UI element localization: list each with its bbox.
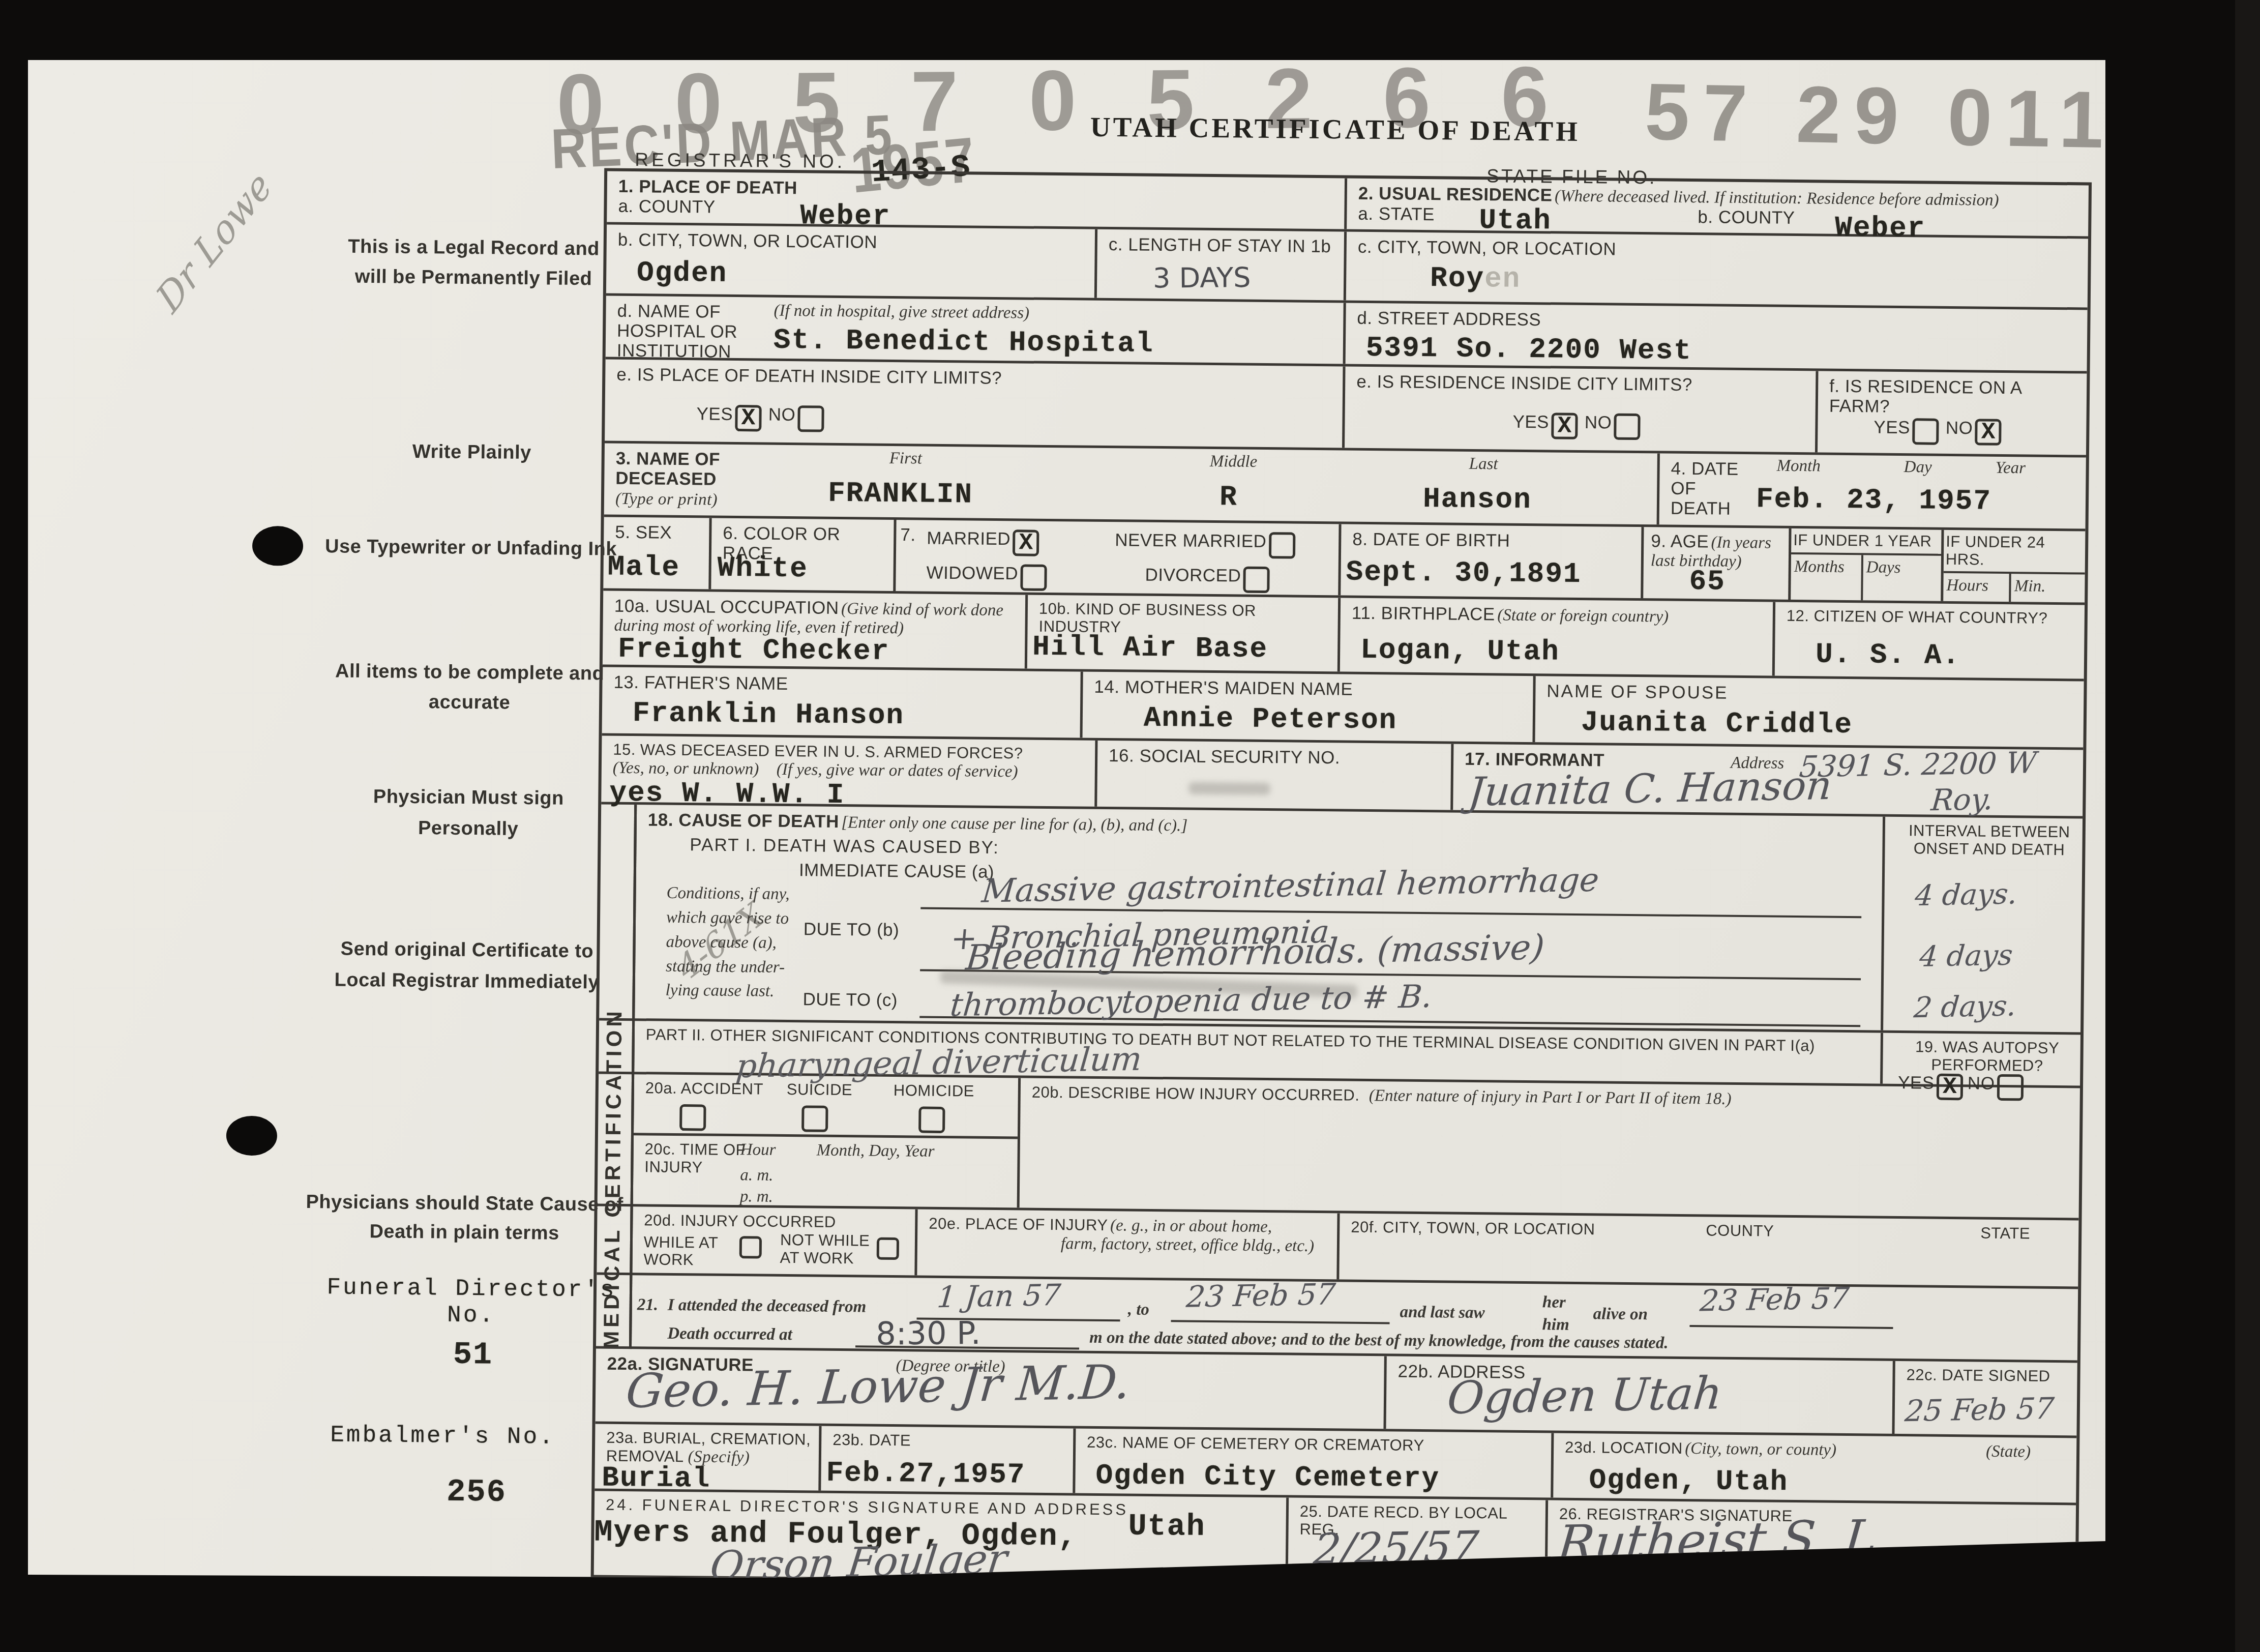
hint-23d: (City, town, or county): [1685, 1439, 1836, 1459]
label-9-months: Months: [1791, 554, 1863, 601]
label-1c-length-of-stay: c. LENGTH OF STAY IN 1b: [1109, 234, 1331, 256]
label-18-immediate-cause: IMMEDIATE CAUSE (a): [799, 860, 995, 882]
checkbox-7-never-married: [1269, 532, 1295, 558]
state-file-number-stamp: 57 29 0118: [1644, 66, 2176, 168]
label-19-yes: YES: [1898, 1073, 1935, 1093]
value-11-birthplace: Logan, Utah: [1360, 634, 1560, 668]
field-22a-signature: 22a. SIGNATURE (Degree or title) Geo. H.…: [596, 1348, 1387, 1429]
label-9-hours: Hours: [1943, 573, 2011, 602]
label-19-no: NO: [1968, 1073, 1995, 1094]
row-city-location: b. CITY, TOWN, OR LOCATION Ogden c. LENG…: [606, 225, 2088, 310]
value-10a-occupation: Freight Checker: [618, 633, 890, 668]
label-4-day: Day: [1904, 458, 1932, 477]
value-23b-date: Feb.27,1957: [826, 1457, 1025, 1491]
label-20c-am: a. m.: [740, 1166, 773, 1185]
label-20d-while: WHILE ATWORK: [643, 1233, 718, 1270]
checkbox-1e-yes: X: [735, 405, 761, 431]
margin-note-plain-terms: Physicians should State Cause of Death i…: [302, 1188, 628, 1249]
field-2c-city: c. CITY, TOWN, OR LOCATION Royen: [1346, 232, 2088, 308]
value-8-date-of-birth: Sept. 30,1891: [1346, 556, 1581, 591]
film-border-top: [0, 0, 2260, 60]
label-4-date-of-death: 4. DATEOFDEATH: [1671, 459, 1739, 519]
value-1c-length-of-stay: 3 DAYS: [1153, 261, 1251, 294]
checkgroup-1e: YES X NO: [696, 404, 824, 432]
value-18b-interval: 4 days: [1918, 939, 2014, 973]
label-21-number: 21.: [637, 1295, 659, 1314]
label-10b-industry: 10b. KIND OF BUSINESS OR INDUSTRY: [1038, 600, 1256, 636]
label-23b: 23b. DATE: [832, 1431, 911, 1449]
field-9-age-years: 9. AGE (In years last birthday) 65: [1643, 527, 1791, 600]
label-23c: 23c. NAME OF CEMETERY OR CREMATORY: [1087, 1433, 1424, 1454]
field-20a: 20a. ACCIDENT SUICIDE HOMICIDE: [634, 1074, 1018, 1139]
field-19-autopsy: 19. WAS AUTOPSYPERFORMED? YES X NO: [1883, 1033, 2080, 1086]
row-21-attendance: 21. I attended the deceased from 1 Jan 5…: [596, 1275, 2078, 1363]
value-21-from: 1 Jan 57: [936, 1278, 1062, 1315]
label-11-birthplace: 11. BIRTHPLACE: [1352, 603, 1495, 625]
label-18-due-to-b: DUE TO (b): [804, 919, 900, 940]
field-20f: 20f. CITY, TOWN, OR LOCATION COUNTY STAT…: [1339, 1213, 2078, 1286]
label-20d-notwhile: NOT WHILEAT WORK: [780, 1231, 870, 1267]
label-3-last: Last: [1469, 455, 1498, 474]
field-23a-burial: 23a. BURIAL, CREMATION,REMOVAL (Specify)…: [594, 1424, 821, 1490]
field-5-sex: 5. SEX Male: [603, 517, 711, 589]
check-7-married: MARRIED X: [927, 528, 1039, 556]
field-10a-occupation: 10a. USUAL OCCUPATION (Give kind of work…: [603, 591, 1028, 669]
label-4-year: Year: [1996, 459, 2026, 478]
hint-20e-1: (e. g., in or about home,: [1110, 1216, 1272, 1236]
funeral-director-signature: Orson Foulger: [708, 1535, 1010, 1590]
med-strip-spacer-21: [596, 1275, 632, 1346]
checkbox-20a-accident: [679, 1104, 706, 1131]
label-22c: 22c. DATE SIGNED: [1906, 1366, 2050, 1385]
label-18-interval: INTERVAL BETWEENONSET AND DEATH: [1896, 822, 2083, 859]
label-2-usual-residence: 2. USUAL RESIDENCE: [1358, 184, 1553, 205]
ssn-smudge: [1188, 782, 1270, 795]
value-2c-city-ghost: en: [1484, 262, 1521, 296]
label-1d-hospital: d. NAME OFHOSPITAL ORINSTITUTION: [617, 301, 738, 362]
field-20d: 20d. INJURY OCCURRED WHILE ATWORK NOT WH…: [632, 1206, 917, 1275]
label-20f-state: STATE: [1980, 1225, 2030, 1243]
checkbox-2e-no: [1614, 413, 1640, 439]
label-23d: 23d. LOCATION: [1565, 1438, 1683, 1457]
row-20-injury-top: 20a. ACCIDENT SUICIDE HOMICIDE 20c. TIME…: [598, 1074, 2080, 1220]
field-20c: 20c. TIME OFINJURY Hour a. m. p. m. Mont…: [633, 1135, 1018, 1207]
funeral-directors-no-value: 51: [453, 1337, 493, 1373]
med-strip-spacer-18: [599, 805, 637, 1019]
value-22b-address: Ogden Utah: [1445, 1367, 1724, 1424]
value-2c-city-roy: Roy: [1430, 262, 1484, 295]
label-7-divorced: DIVORCED: [1145, 565, 1241, 586]
field-1d-hospital: d. NAME OFHOSPITAL ORINSTITUTION (If not…: [606, 296, 1346, 364]
label-9-min: Min.: [2011, 574, 2085, 603]
field-17-informant: 17. INFORMANT Address Juanita C. Hanson …: [1453, 744, 2083, 816]
document-paper: 0 0 5 7 0 5 2 6 6 REC'D MAR 5 1957 REGIS…: [28, 51, 2105, 1583]
row-22-signature: 22a. SIGNATURE (Degree or title) Geo. H.…: [596, 1348, 2077, 1438]
value-21-time: 8:30 P.: [876, 1314, 981, 1352]
row-18-cause-of-death: 18. CAUSE OF DEATH [Enter only one cause…: [599, 805, 2083, 1035]
field-23b-date: 23b. DATE Feb.27,1957: [821, 1426, 1076, 1493]
row-sex-race-marital-birth-age: 5. SEX Male 6. COLOR OR RACE White 7. MA…: [603, 517, 2085, 605]
label-2c-city: c. CITY, TOWN, OR LOCATION: [1358, 237, 1617, 259]
field-6-color-race: 6. COLOR OR RACE White: [711, 518, 896, 591]
value-22c-date-signed: 25 Feb 57: [1904, 1391, 2056, 1428]
checkbox-7-divorced: [1243, 566, 1269, 593]
document-content: 0 0 5 7 0 5 2 6 6 REC'D MAR 5 1957 REGIS…: [13, 51, 2105, 1603]
label-20c-pm: p. m.: [740, 1187, 773, 1206]
label-21-death-occurred: Death occurred at: [667, 1324, 792, 1344]
checkbox-20a-homicide: [918, 1107, 945, 1133]
field-4-date-of-death: 4. DATEOFDEATH Month Day Year Feb. 23, 1…: [1659, 453, 2086, 528]
label-21-alive-on: alive on: [1593, 1305, 1648, 1324]
med-strip-spacer-20d: [597, 1206, 633, 1273]
label-7-widowed: WIDOWED: [926, 563, 1018, 584]
value-17-address1: 5391 S. 2200 W: [1798, 745, 2038, 784]
field-22b-address: 22b. ADDRESS Ogden Utah: [1386, 1356, 1895, 1434]
checkbox-7-married: X: [1013, 529, 1039, 556]
label-18-due-to-c: DUE TO (c): [802, 989, 898, 1010]
film-edge-right: [2235, 0, 2260, 1652]
field-15-armed-forces: 15. WAS DECEASED EVER IN U. S. ARMED FOR…: [601, 736, 1097, 807]
field-26-registrar-signature: 26. REGISTRAR'S SIGNATURE Rutheist S. L.: [1548, 1500, 2076, 1589]
field-2d-street-address: d. STREET ADDRESS 5391 So. 2200 West: [1346, 303, 2088, 371]
field-8-date-of-birth: 8. DATE OF BIRTH Sept. 30,1891: [1341, 524, 1644, 598]
line-18a: [920, 907, 1861, 919]
field-9-under-24-hrs: IF UNDER 24 HRS. Hours Min.: [1943, 530, 2085, 603]
label-2b-county: b. COUNTY: [1698, 207, 1795, 228]
label-20e: 20e. PLACE OF INJURY: [929, 1215, 1108, 1234]
label-19-autopsy: 19. WAS AUTOPSYPERFORMED?: [1894, 1038, 2080, 1075]
label-2f-yes: YES: [1874, 417, 1910, 437]
label-8-date-of-birth: 8. DATE OF BIRTH: [1352, 529, 1510, 551]
pencil-note-dr-lowe: Dr Lowe: [148, 163, 280, 322]
value-5-sex: Male: [607, 551, 680, 584]
field-23c-cemetery: 23c. NAME OF CEMETERY OR CREMATORY Ogden…: [1075, 1429, 1554, 1498]
value-2c-city: Royen: [1430, 262, 1521, 296]
label-20f-county: COUNTY: [1706, 1222, 1774, 1240]
funeral-directors-no-label: Funeral Director's No.: [313, 1274, 629, 1330]
value-spouse: Juanita Criddle: [1581, 706, 1853, 741]
row-occupation-birthplace: 10a. USUAL OCCUPATION (Give kind of work…: [603, 591, 2085, 682]
checkgroup-2e: YES X NO: [1512, 412, 1641, 440]
value-10b-industry: Hill Air Base: [1032, 631, 1268, 665]
value-6-color-race: White: [717, 552, 808, 585]
label-9-under-1-year: IF UNDER 1 YEAR: [1791, 528, 1941, 556]
checkbox-2f-yes: [1912, 418, 1939, 445]
label-23a: 23a. BURIAL, CREMATION,REMOVAL (Specify): [606, 1429, 811, 1466]
value-1d-hospital: St. Benedict Hospital: [774, 324, 1154, 360]
label-21-her: her: [1542, 1293, 1566, 1312]
hint-1d-hospital: (If not in hospital, give street address…: [774, 302, 1029, 323]
label-1e-city-limits: e. IS PLACE OF DEATH INSIDE CITY LIMITS?: [616, 365, 1002, 388]
med-strip-spacer-20: [598, 1074, 634, 1204]
checkbox-20a-suicide: [801, 1105, 828, 1132]
label-2e-yes: YES: [1512, 412, 1549, 432]
value-21-alive: 23 Feb 57: [1699, 1281, 1851, 1318]
field-2f-farm: f. IS RESIDENCE ON A FARM? YES NO X: [1818, 371, 2087, 455]
certificate-title: UTAH CERTIFICATE OF DEATH: [1090, 111, 1580, 147]
checkgroup-19: YES X NO: [1898, 1073, 2024, 1101]
margin-note-write-plainly: Write Plainly: [330, 440, 614, 464]
med-strip-spacer-part2: [599, 1020, 635, 1072]
label-1a-county: a. COUNTY: [618, 196, 716, 217]
hint-18-cause: [Enter only one cause per line for (a), …: [841, 813, 1187, 835]
hint-2-usual-residence: (Where deceased lived. If institution: R…: [1555, 187, 1999, 209]
label-20c-time-of-injury: 20c. TIME OFINJURY: [644, 1140, 746, 1176]
check-7-widowed: WIDOWED: [926, 563, 1047, 591]
field-16-ssn: 16. SOCIAL SECURITY NO.: [1097, 741, 1453, 810]
value-18c-interval: 2 days.: [1913, 989, 2017, 1024]
label-10a-occupation: 10a. USUAL OCCUPATION: [614, 596, 839, 618]
value-3-middle: R: [1220, 481, 1238, 513]
value-26-registrar-signature: Rutheist S. L.: [1556, 1509, 1895, 1572]
margin-note-physician-sign: Physician Must sign Personally: [325, 781, 611, 845]
label-14-mother: 14. MOTHER'S MAIDEN NAME: [1094, 677, 1353, 699]
field-9-age: 9. AGE (In years last birthday) 65 IF UN…: [1643, 527, 2085, 602]
value-14-mother: Annie Peterson: [1144, 702, 1397, 737]
line-21-to: [1171, 1320, 1389, 1324]
label-18-part1: PART I. DEATH WAS CAUSED BY:: [690, 835, 999, 858]
check-7-divorced: DIVORCED: [1145, 565, 1270, 593]
field-18-cause: 18. CAUSE OF DEATH [Enter only one cause…: [635, 805, 1885, 1030]
value-23d-location: Ogden, Utah: [1589, 1464, 1788, 1498]
value-23c-cemetery: Ogden City Cemetery: [1095, 1459, 1440, 1495]
label-18-cause: 18. CAUSE OF DEATH: [648, 810, 839, 832]
punch-hole-top: [252, 526, 304, 566]
label-9-age: 9. AGE: [1651, 531, 1709, 551]
value-24-line2: Utah: [1128, 1510, 1206, 1545]
label-2a-state: a. STATE: [1358, 204, 1435, 224]
field-3-name-of-deceased: 3. NAME OFDECEASED(Type or print) First …: [604, 444, 1660, 525]
value-2a-state: Utah: [1479, 204, 1552, 237]
certificate-form: MEDICAL CERTIFICATION 1. PLACE OF DEATH …: [591, 168, 2092, 1592]
label-2d-street-address: d. STREET ADDRESS: [1357, 308, 1541, 330]
label-9-under-24-hrs: IF UNDER 24 HRS.: [1944, 530, 2086, 575]
label-24: 24. FUNERAL DIRECTOR'S SIGNATURE AND ADD…: [606, 1496, 1128, 1519]
field-7-marital-status: 7. MARRIED X NEVER MARRIED WIDOWED DIVOR…: [896, 520, 1341, 595]
label-21-to: , to: [1128, 1300, 1150, 1319]
field-21: 21. I attended the deceased from 1 Jan 5…: [632, 1275, 2078, 1360]
label-21-last-saw: and last saw: [1400, 1303, 1485, 1323]
label-7-never-married: NEVER MARRIED: [1115, 530, 1267, 551]
field-9-under-1-year: IF UNDER 1 YEAR Months Days: [1791, 528, 1944, 601]
value-18a-line1: Massive gastrointestinal hemorrhage: [980, 861, 1600, 910]
label-20f: 20f. CITY, TOWN, OR LOCATION: [1351, 1218, 1595, 1238]
label-16-ssn: 16. SOCIAL SECURITY NO.: [1109, 746, 1340, 768]
field-25-date-received: 25. DATE RECD. BY LOCAL REG. 2/25/57: [1288, 1498, 1549, 1584]
field-10b-industry: 10b. KIND OF BUSINESS OR INDUSTRY Hill A…: [1027, 595, 1341, 672]
field-23d-location: 23d. LOCATION (City, town, or county) (S…: [1553, 1433, 2076, 1503]
label-3-name: 3. NAME OFDECEASED(Type or print): [615, 449, 720, 509]
checkbox-2e-yes: X: [1551, 412, 1578, 439]
field-11-birthplace: 11. BIRTHPLACE (State or foreign country…: [1340, 598, 1775, 675]
label-1-place-of-death: 1. PLACE OF DEATH: [618, 176, 797, 198]
label-21-him: him: [1542, 1315, 1569, 1335]
hint-23d-state: (State): [1986, 1442, 2031, 1462]
hint-11-birthplace: (State or foreign country): [1497, 606, 1669, 626]
checkbox-20d-while: [739, 1236, 762, 1258]
embalmers-no-value: 256: [447, 1474, 507, 1511]
value-22a-signature: Geo. H. Lowe Jr M.D.: [624, 1355, 1133, 1419]
value-18a-interval: 4 days.: [1914, 877, 2018, 912]
label-5-sex: 5. SEX: [615, 522, 672, 543]
checkbox-20d-notwhile: [877, 1237, 899, 1260]
label-2f-no: NO: [1946, 418, 1973, 438]
value-3-first: FRANKLIN: [828, 477, 973, 511]
field-14-mother: 14. MOTHER'S MAIDEN NAME Annie Peterson: [1083, 672, 1536, 743]
field-1e-city-limits: e. IS PLACE OF DEATH INSIDE CITY LIMITS?…: [605, 360, 1345, 448]
checkbox-2f-no: X: [1975, 419, 2001, 445]
label-21-attended: I attended the deceased from: [668, 1296, 867, 1317]
check-7-never-married: NEVER MARRIED: [1115, 530, 1295, 558]
label-13-father: 13. FATHER'S NAME: [613, 672, 788, 694]
checkbox-1e-no: [798, 405, 824, 432]
label-18-conditions: Conditions, if any,which gave rise to ab…: [665, 881, 789, 1005]
field-12-citizen: 12. CITIZEN OF WHAT COUNTRY? U. S. A.: [1775, 602, 2085, 679]
field-2e-city-limits: e. IS RESIDENCE INSIDE CITY LIMITS? YES …: [1345, 367, 1818, 453]
field-1a-county: 1. PLACE OF DEATH a. COUNTY Weber: [607, 171, 1347, 229]
label-1b-city: b. CITY, TOWN, OR LOCATION: [618, 230, 878, 252]
field-22c-date-signed: 22c. DATE SIGNED 25 Feb 57: [1894, 1361, 2077, 1435]
value-21-to: 23 Feb 57: [1185, 1277, 1337, 1314]
label-20c-hour: Hour: [740, 1140, 776, 1160]
line-21-alive: [1689, 1325, 1893, 1329]
embalmers-no-label: Embalmer's No.: [330, 1422, 555, 1450]
label-1e-yes: YES: [696, 404, 733, 424]
label-2e-no: NO: [1585, 412, 1612, 433]
field-13-father: 13. FATHER'S NAME Franklin Hanson: [602, 667, 1083, 738]
value-12-citizen: U. S. A.: [1816, 638, 1960, 672]
label-21-tail: m on the date stated above; and to the b…: [1089, 1329, 1669, 1353]
label-9-days: Days: [1863, 555, 1941, 601]
hint-15-yes-no: (Yes, no, or unknown): [613, 758, 759, 778]
field-20e: 20e. PLACE OF INJURY (e. g., in or about…: [917, 1209, 1340, 1280]
label-3-first: First: [889, 449, 923, 468]
field-18-interval: INTERVAL BETWEENONSET AND DEATH 4 days. …: [1883, 817, 2083, 1032]
field-spouse: NAME OF SPOUSE Juanita Criddle: [1535, 676, 2084, 747]
margin-note-complete-accurate: All items to be complete and accurate: [327, 656, 612, 719]
value-3-last: Hanson: [1423, 483, 1532, 516]
value-23a-burial: Burial: [602, 1462, 710, 1495]
label-7-number: 7.: [900, 525, 916, 545]
hint-15-war: (If yes, give war or dates of service): [777, 760, 1018, 781]
label-20d: 20d. INJURY OCCURRED: [644, 1211, 836, 1231]
field-1b-city: b. CITY, TOWN, OR LOCATION Ogden: [606, 225, 1097, 298]
value-2d-street-address: 5391 So. 2200 West: [1366, 332, 1692, 367]
label-7-married: MARRIED: [927, 528, 1010, 549]
value-17-address2: Roy.: [1929, 782, 1995, 817]
checkgroup-2f: YES NO X: [1874, 417, 2002, 445]
hint-20e-2: farm, factory, street, office bldg., etc…: [1061, 1234, 1315, 1255]
label-3-middle: Middle: [1210, 452, 1258, 471]
field-20a-20c: 20a. ACCIDENT SUICIDE HOMICIDE 20c. TIME…: [633, 1074, 1021, 1207]
label-20c-mdy: Month, Day, Year: [817, 1141, 935, 1161]
margin-note-legal-record: This is a Legal Record and will be Perma…: [331, 231, 616, 294]
hint-20b: (Enter nature of injury in Part I or Par…: [1369, 1086, 1732, 1108]
row-name-dateofdeath: 3. NAME OFDECEASED(Type or print) First …: [604, 444, 2086, 532]
checkbox-19-yes: X: [1937, 1074, 1963, 1100]
punch-hole-bottom: [226, 1115, 278, 1156]
margin-note-send-original: Send original Certificate to Local Regis…: [324, 933, 610, 998]
label-4-month: Month: [1777, 457, 1821, 476]
label-20a-homicide: HOMICIDE: [894, 1082, 974, 1100]
label-20a-suicide: SUICIDE: [787, 1081, 853, 1099]
label-2e-city-limits: e. IS RESIDENCE INSIDE CITY LIMITS?: [1356, 372, 1692, 395]
checkbox-19-no: [1997, 1074, 2024, 1101]
label-1e-no: NO: [768, 405, 796, 425]
label-12-citizen: 12. CITIZEN OF WHAT COUNTRY?: [1787, 607, 2048, 627]
value-9-age: 65: [1689, 565, 1726, 598]
margin-note-typewriter: Use Typewriter or Unfading Ink: [318, 532, 624, 565]
checkbox-7-widowed: [1020, 564, 1047, 591]
label-20b-describe: 20b. DESCRIBE HOW INJURY OCCURRED.: [1032, 1083, 1360, 1104]
field-1c-length-of-stay: c. LENGTH OF STAY IN 1b 3 DAYS: [1097, 229, 1347, 301]
row-city-limits: e. IS PLACE OF DEATH INSIDE CITY LIMITS?…: [605, 360, 2087, 458]
value-13-father: Franklin Hanson: [633, 697, 905, 732]
value-17-informant-signature: Juanita C. Hanson: [1467, 763, 1834, 815]
label-20a-accident: 20a. ACCIDENT: [645, 1079, 764, 1098]
value-1b-city: Ogden: [637, 256, 728, 290]
label-spouse: NAME OF SPOUSE: [1547, 681, 1728, 702]
label-2f-farm: f. IS RESIDENCE ON A FARM?: [1829, 376, 2021, 417]
value-4-date-of-death: Feb. 23, 1957: [1756, 483, 1991, 517]
field-2ab-state-county: 2. USUAL RESIDENCE (Where deceased lived…: [1347, 179, 2089, 237]
value-25-date-received: 2/25/57: [1312, 1522, 1480, 1575]
